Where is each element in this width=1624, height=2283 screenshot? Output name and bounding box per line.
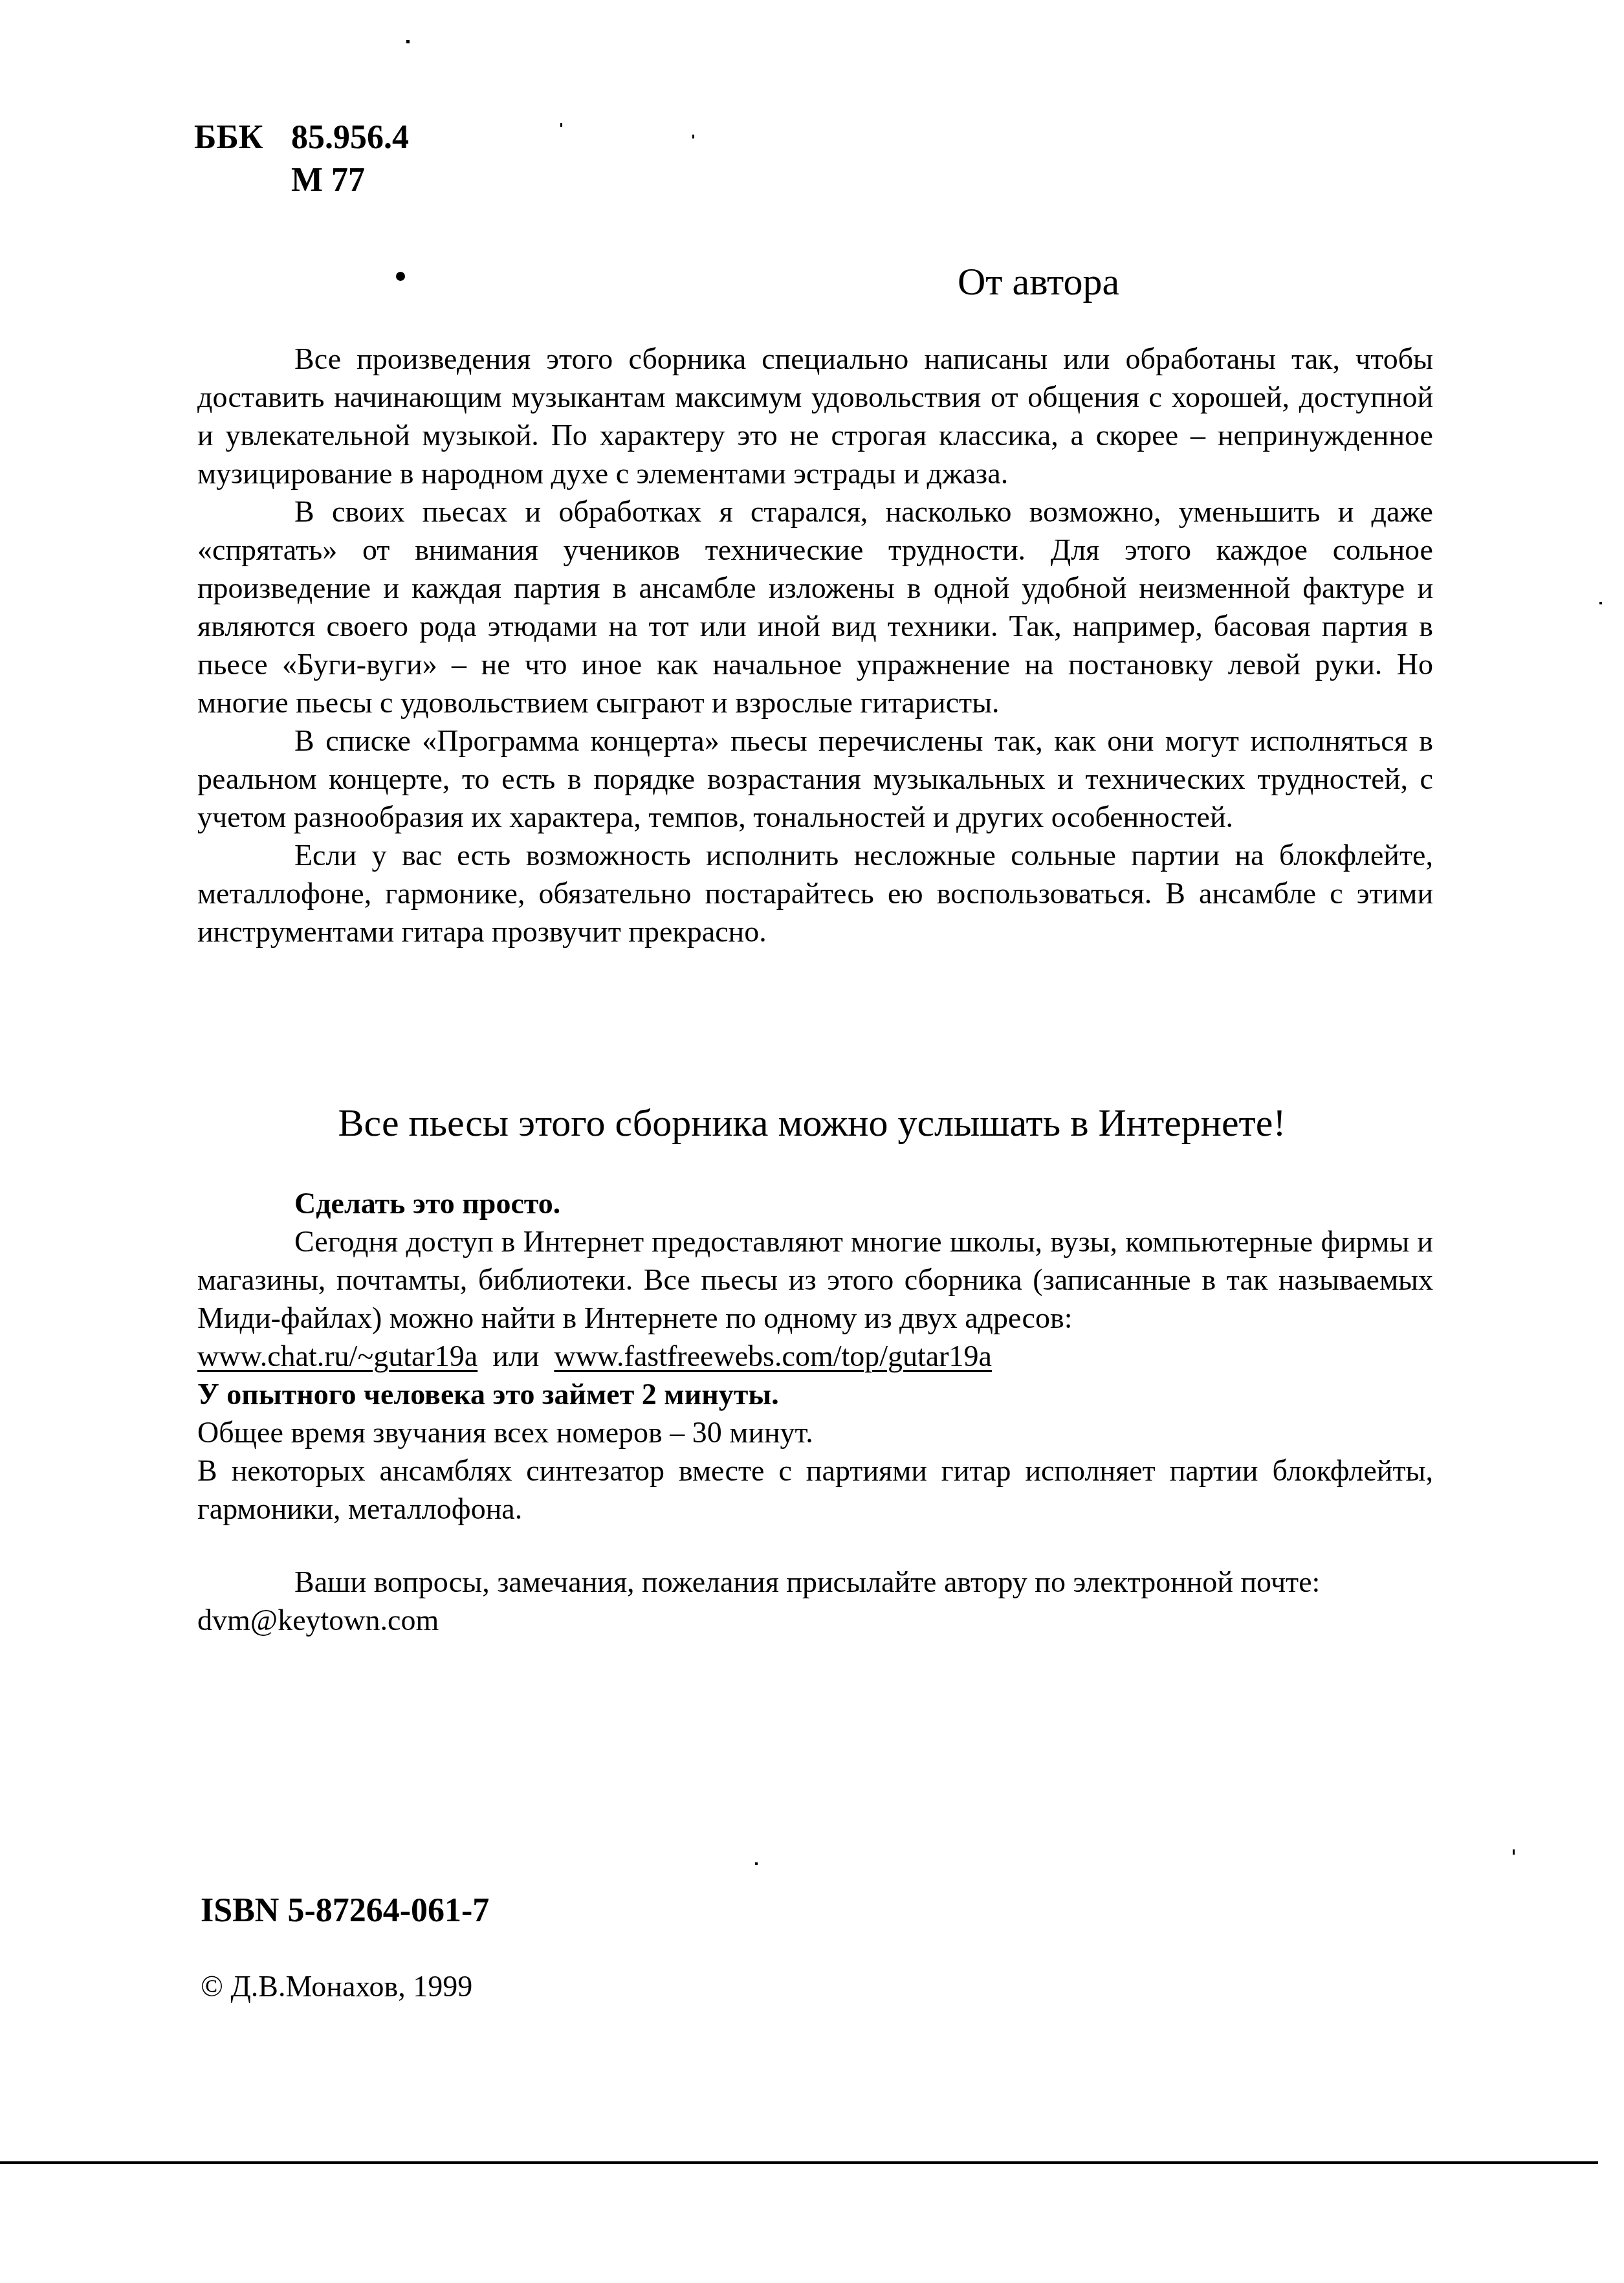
contact-section: Ваши вопросы, замечания, пожелания присы… — [197, 1563, 1433, 1639]
internet-section: Сделать это просто. Сегодня доступ в Инт… — [197, 1184, 1433, 1528]
isbn: ISBN 5-87264-061-7 — [201, 1890, 489, 1932]
bbk-code: 85.956.4 — [291, 116, 409, 159]
foreword-paragraph: В своих пьесах и обработках я старался, … — [197, 492, 1433, 722]
author-mark: М 77 — [291, 159, 365, 202]
bbk-label: ББК — [194, 116, 291, 159]
internet-heading: Все пьесы этого сборника можно услышать … — [194, 1097, 1430, 1149]
scan-speck — [1513, 1849, 1515, 1855]
synth-note: В некоторых ансамблях синтезатор вместе … — [197, 1451, 1433, 1528]
foreword-paragraph: Если у вас есть возможность исполнить не… — [197, 836, 1433, 951]
internet-subheading: Сделать это просто. — [197, 1184, 1433, 1222]
section-title: От автора — [194, 256, 1624, 307]
contact-text: Ваши вопросы, замечания, пожелания присы… — [197, 1563, 1433, 1601]
copyright: © Д.В.Монахов, 1999 — [201, 1967, 472, 2006]
bottom-divider — [0, 2161, 1598, 2164]
scan-speck — [560, 123, 562, 127]
foreword-paragraph: Все произведения этого сборника специаль… — [197, 340, 1433, 492]
scan-speck — [406, 40, 410, 43]
scan-speck — [1599, 602, 1602, 604]
foreword-paragraph: В списке «Программа концерта» пьесы пере… — [197, 722, 1433, 836]
scan-speck — [692, 135, 694, 138]
internet-paragraph: Сегодня доступ в Интернет предоставляют … — [197, 1222, 1433, 1337]
link-chat-ru[interactable]: www.chat.ru/~gutar19a — [197, 1340, 477, 1373]
link-fastfreewebs[interactable]: www.fastfreewebs.com/top/gutar19a — [554, 1340, 992, 1373]
time-note: У опытного человека это займет 2 минуты. — [197, 1375, 1433, 1413]
scan-speck — [755, 1862, 758, 1865]
foreword-body: Все произведения этого сборника специаль… — [197, 340, 1433, 951]
contact-email[interactable]: dvm@keytown.com — [197, 1601, 1433, 1639]
links-row: www.chat.ru/~gutar19a или www.fastfreewe… — [197, 1337, 1433, 1375]
classification-block: ББК 85.956.4 М 77 — [194, 116, 409, 202]
link-separator: или — [492, 1340, 539, 1373]
duration-note: Общее время звучания всех номеров – 30 м… — [197, 1413, 1433, 1451]
